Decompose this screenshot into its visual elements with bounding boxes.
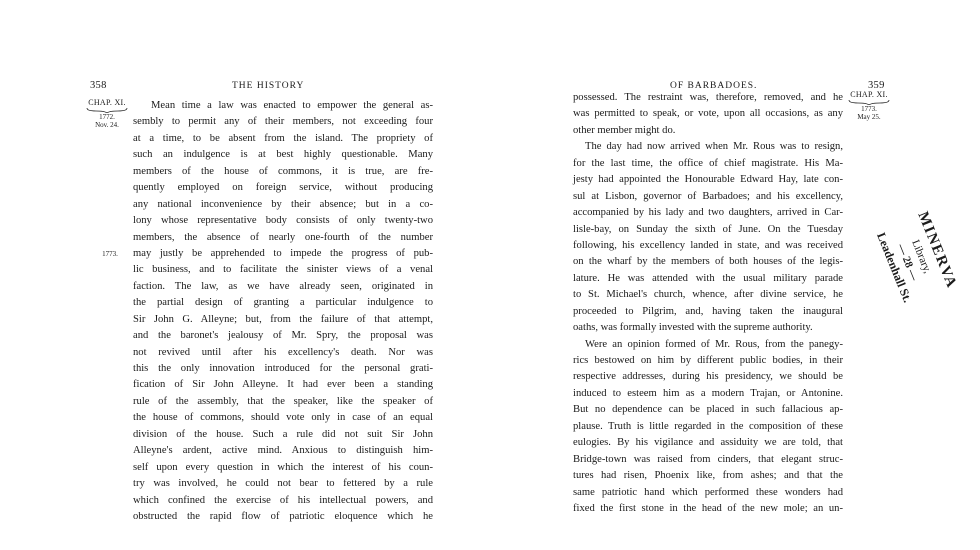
text-line: try was involved, he could not bear to f… <box>133 476 433 492</box>
text-line: proceeded to Pilgrim, and, having taken … <box>573 304 843 320</box>
text-line: lony whose representative body consists … <box>133 213 433 229</box>
text-line: Were an opinion formed of Mr. Rous, from… <box>573 337 843 353</box>
running-head: THE HISTORY <box>232 81 304 91</box>
margin-note-year: 1773. <box>98 250 122 258</box>
text-line: which confined the exercise of his intel… <box>133 493 433 509</box>
margin-note-chapter: CHAP. XI. 1773. May 25. <box>847 91 891 121</box>
text-line: fixed the first stone in the head of the… <box>573 501 843 517</box>
text-line: jesty had appointed the Honourable Edwar… <box>573 172 843 188</box>
text-line: this the only innovation introduced for … <box>133 361 433 377</box>
text-line: sul at Lisbon, governor of Barbadoes; an… <box>573 189 843 205</box>
margin-note-chapter: CHAP. XI. 1772. Nov. 24. <box>85 99 129 129</box>
text-line: may justly be apprehended to impede the … <box>133 246 433 262</box>
library-stamp: MINERVA Library, — 28 — Leadenhall St. <box>868 190 958 330</box>
text-line: But no dependence can be placed in such … <box>573 402 843 418</box>
text-line: same patriotic hand which performed thes… <box>573 485 843 501</box>
page-number: 358 <box>90 80 107 91</box>
text-line: on the wharf by the members of both hous… <box>573 254 843 270</box>
text-line: oaths, was formally invested with the su… <box>573 320 843 336</box>
text-line: to St. Michael's church, whence, after d… <box>573 287 843 303</box>
text-line: tures had risen, Phoenix like, from ashe… <box>573 468 843 484</box>
text-line: lic business, and to facilitate the sini… <box>133 262 433 278</box>
text-line: self upon every question in which the in… <box>133 460 433 476</box>
text-line: members of the house of commons, it is t… <box>133 164 433 180</box>
body-text: Mean time a law was enacted to empower t… <box>133 98 433 525</box>
text-line: rics bestowed on him by different public… <box>573 353 843 369</box>
text-line: and the baronet's jealousy of Mr. Spry, … <box>133 328 433 344</box>
text-line: Bridge-town was raised from cinders, tha… <box>573 452 843 468</box>
text-line: fication of Sir John Alleyne. It had eve… <box>133 377 433 393</box>
text-line: the partial design of granting a particu… <box>133 295 433 311</box>
text-line: lature. He was attended with the usual m… <box>573 271 843 287</box>
stamp-icon: MINERVA Library, — 28 — Leadenhall St. <box>868 190 958 330</box>
text-line: not revived until after his excellency's… <box>133 345 433 361</box>
text-line: respective addresses, during his preside… <box>573 369 843 385</box>
text-line: the house of commons, should vote only i… <box>133 410 433 426</box>
text-line: induced to esteem him as a modern Trajan… <box>573 386 843 402</box>
text-line: lisle-bay, on Sunday the sixth of June. … <box>573 222 843 238</box>
text-line: eulogies. By his vigilance and assiduity… <box>573 435 843 451</box>
text-line: rule of the assembly, that the speaker, … <box>133 394 433 410</box>
text-line: quently employed on foreign service, wit… <box>133 180 433 196</box>
text-line: The day had now arrived when Mr. Rous wa… <box>573 139 843 155</box>
text-line: at a time, to be absent from the island.… <box>133 131 433 147</box>
text-line: was permitted to speak, or vote, upon al… <box>573 106 843 122</box>
text-line: accompanied by his lady and two daughter… <box>573 205 843 221</box>
text-line: members, the absence of nearly one-fourt… <box>133 230 433 246</box>
text-line: any national inconvenience by their abse… <box>133 197 433 213</box>
text-line: faction. The law, as we have already see… <box>133 279 433 295</box>
text-line: Sir John G. Alleyne; but, from the failu… <box>133 312 433 328</box>
text-line: for the last time, the office of chief m… <box>573 156 843 172</box>
text-line: following, his excellency landed in stat… <box>573 238 843 254</box>
text-line: such an indulgence is at best highly que… <box>133 147 433 163</box>
body-text: possessed. The restraint was, therefore,… <box>573 90 843 517</box>
text-line: Mean time a law was enacted to empower t… <box>133 98 433 114</box>
left-page: 358 THE HISTORY CHAP. XI. 1772. Nov. 24.… <box>0 0 490 550</box>
text-line: division of the house. Such a rule did n… <box>133 427 433 443</box>
text-line: obstructed the rapid flow of patriotic e… <box>133 509 433 525</box>
text-line: sembly to permit any of their members, n… <box>133 114 433 130</box>
text-line: possessed. The restraint was, therefore,… <box>573 90 843 106</box>
text-line: other member might do. <box>573 123 843 139</box>
text-line: Alleyne's ardent, active mind. Anxious t… <box>133 443 433 459</box>
text-line: plause. Truth is little regarded in the … <box>573 419 843 435</box>
